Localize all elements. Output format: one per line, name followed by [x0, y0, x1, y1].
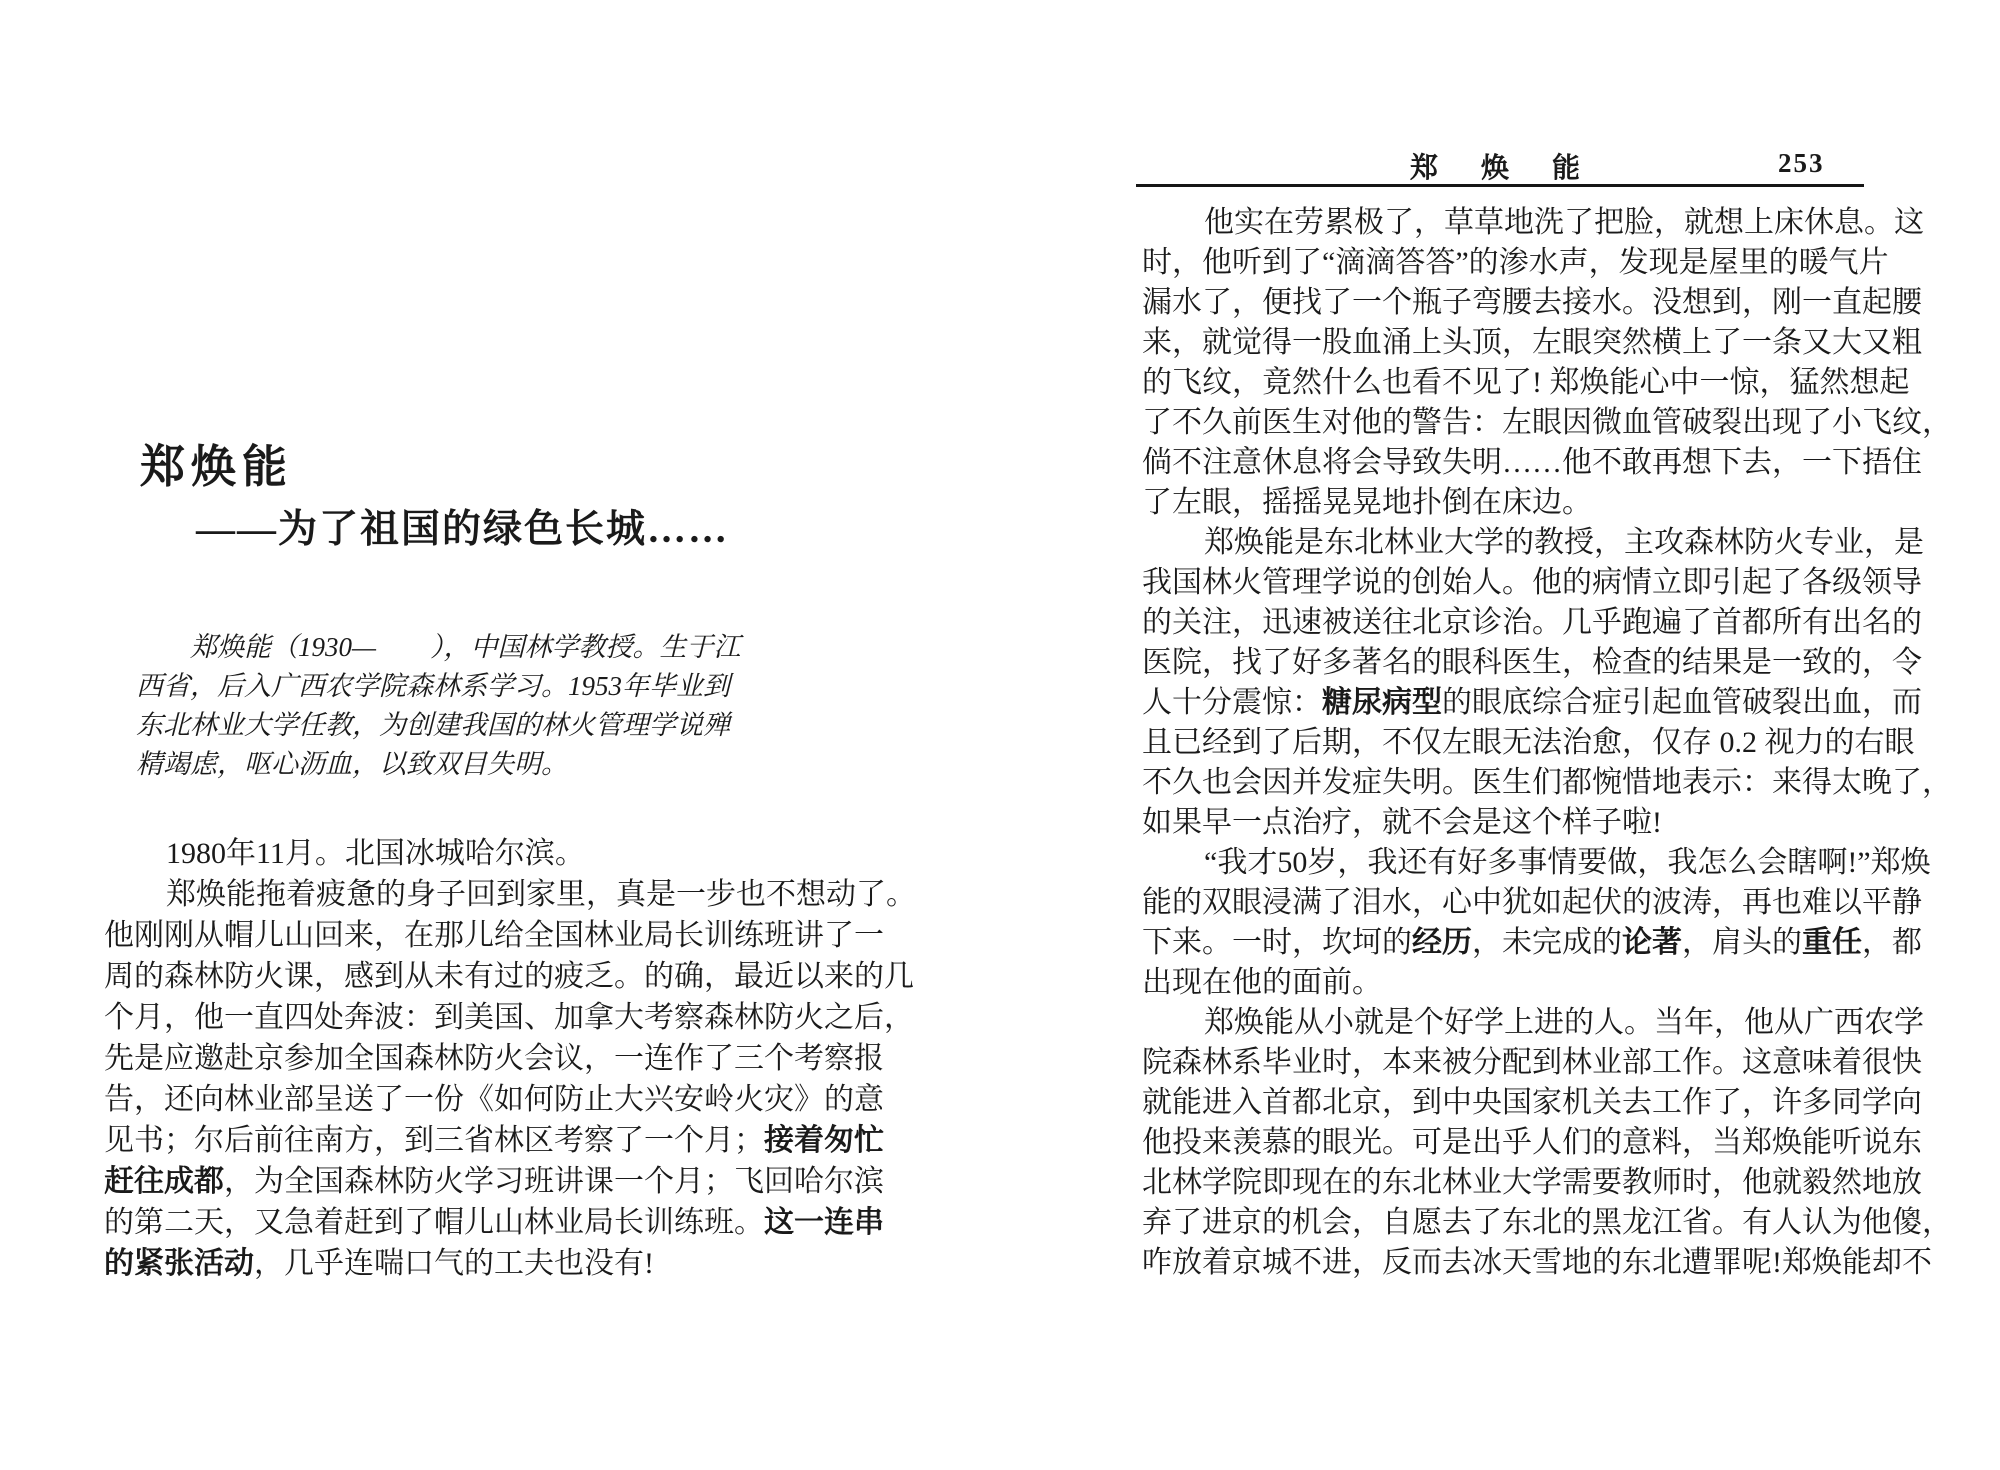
text-line: 了不久前医生对他的警告：左眼因微血管破裂出现了小飞纹，: [1142, 403, 1866, 443]
text-line: 东北林业大学任教，为创建我国的林火管理学说殚: [136, 706, 716, 745]
text-line: 时，他听到了“滴滴答答”的渗水声，发现是屋里的暖气片: [1142, 243, 1866, 283]
text-segment: 的飞纹，竟然什么也看不见了! 郑焕能心中一惊，猛然想起: [1142, 366, 1910, 399]
text-segment: 的眼底综合症引起血管破裂出血，而: [1442, 686, 1922, 719]
emphasized-text: 赶往成都: [104, 1165, 224, 1198]
text-line: 来，就觉得一股血涌上头顶，左眼突然横上了一条又大又粗: [1142, 323, 1866, 363]
text-segment: 漏水了，便找了一个瓶子弯腰去接水。没想到，刚一直起腰: [1142, 286, 1922, 319]
text-line: 院森林系毕业时，本来被分配到林业部工作。这意味着很快: [1142, 1043, 1866, 1083]
text-segment: 他投来羡慕的眼光。可是出乎人们的意料，当郑焕能听说东: [1142, 1126, 1922, 1159]
text-line: 的紧张活动，几乎连喘口气的工夫也没有!: [104, 1243, 819, 1284]
text-line: 弃了进京的机会，自愿去了东北的黑龙江省。有人认为他傻，: [1142, 1203, 1866, 1243]
text-segment: 且已经到了后期，不仅左眼无法治愈，仅存 0.2 视力的右眼: [1142, 726, 1915, 759]
text-segment: 东北林业大学任教，为创建我国的林火管理学说殚: [136, 710, 730, 740]
text-line: 精竭虑，呕心沥血，以致双目失明。: [136, 745, 716, 784]
biography-note: 郑焕能（1930— ），中国林学教授。生于江西省，后入广西农学院森林系学习。19…: [136, 628, 716, 784]
text-segment: 西省，后入广西农学院森林系学习。1953年毕业到: [136, 671, 730, 701]
text-segment: 他实在劳累极了，草草地洗了把脸，就想上床休息。这: [1204, 206, 1924, 239]
text-segment: 时，他听到了“滴滴答答”的渗水声，发现是屋里的暖气片: [1142, 246, 1889, 279]
text-line: 就能进入首都北京，到中央国家机关去工作了，许多同学向: [1142, 1083, 1866, 1123]
emphasized-text: 的紧张活动: [104, 1247, 254, 1280]
text-segment: 倘不注意休息将会导致失明……他不敢再想下去，一下捂住: [1142, 446, 1922, 479]
text-segment: 北林学院即现在的东北林业大学需要教师时，他就毅然地放: [1142, 1166, 1922, 1199]
text-line: 不久也会因并发症失明。医生们都惋惜地表示：来得太晚了，: [1142, 763, 1866, 803]
text-segment: ，肩头的: [1682, 926, 1802, 959]
text-line: 北林学院即现在的东北林业大学需要教师时，他就毅然地放: [1142, 1163, 1866, 1203]
text-line: 的关注，迅速被送往北京诊治。几乎跑遍了首都所有出名的: [1142, 603, 1866, 643]
text-segment: 先是应邀赴京参加全国森林防火会议，一连作了三个考察报: [104, 1042, 884, 1075]
text-segment: 的第二天，又急着赶到了帽儿山林业局长训练班。: [104, 1206, 764, 1239]
text-line: 漏水了，便找了一个瓶子弯腰去接水。没想到，刚一直起腰: [1142, 283, 1866, 323]
text-segment: 弃了进京的机会，自愿去了东北的黑龙江省。有人认为他傻，: [1142, 1206, 1952, 1239]
page-number: 253: [1778, 148, 1825, 179]
text-segment: 郑焕能从小就是个好学上进的人。当年，他从广西农学: [1204, 1006, 1924, 1039]
text-segment: 不久也会因并发症失明。医生们都惋惜地表示：来得太晚了，: [1142, 766, 1952, 799]
text-line: 见书；尔后前往南方，到三省林区考察了一个月；接着匆忙: [104, 1120, 819, 1161]
text-segment: “我才50岁，我还有好多事情要做，我怎么会瞎啊!”郑焕: [1204, 846, 1931, 879]
text-segment: 院森林系毕业时，本来被分配到林业部工作。这意味着很快: [1142, 1046, 1922, 1079]
text-line: 告，还向林业部呈送了一份《如何防止大兴安岭火灾》的意: [104, 1079, 819, 1120]
text-segment: 郑焕能是东北林业大学的教授，主攻森林防火专业，是: [1204, 526, 1924, 559]
text-line: 先是应邀赴京参加全国森林防火会议，一连作了三个考察报: [104, 1038, 819, 1079]
text-segment: ，未完成的: [1472, 926, 1622, 959]
text-segment: 如果早一点治疗，就不会是这个样子啦!: [1142, 806, 1662, 839]
text-line: 他投来羡慕的眼光。可是出乎人们的意料，当郑焕能听说东: [1142, 1123, 1866, 1163]
text-segment: 人十分震惊：: [1142, 686, 1322, 719]
emphasized-text: 经历: [1412, 926, 1472, 959]
text-segment: 他刚刚从帽儿山回来，在那儿给全国林业局长训练班讲了一: [104, 919, 884, 952]
running-header-title: 郑 焕 能: [1142, 146, 1866, 186]
text-line: 下来。一时，坎坷的经历，未完成的论著，肩头的重任，都: [1142, 923, 1866, 963]
text-line: 能的双眼浸满了泪水，心中犹如起伏的波涛，再也难以平静: [1142, 883, 1866, 923]
text-segment: 精竭虑，呕心沥血，以致双目失明。: [136, 749, 568, 779]
left-page-body-text: 1980年11月。北国冰城哈尔滨。郑焕能拖着疲惫的身子回到家里，真是一步也不想动…: [104, 833, 819, 1284]
text-line: 个月，他一直四处奔波：到美国、加拿大考察森林防火之后，: [104, 997, 819, 1038]
text-line: 郑焕能拖着疲惫的身子回到家里，真是一步也不想动了。: [104, 874, 819, 915]
text-line: 出现在他的面前。: [1142, 963, 1866, 1003]
text-segment: ，都: [1862, 926, 1922, 959]
text-line: 倘不注意休息将会导致失明……他不敢再想下去，一下捂住: [1142, 443, 1866, 483]
text-line: 郑焕能（1930— ），中国林学教授。生于江: [136, 628, 716, 667]
emphasized-text: 接着匆忙: [764, 1124, 884, 1157]
text-line: 咋放着京城不进，反而去冰天雪地的东北遭罪呢!郑焕能却不: [1142, 1243, 1866, 1283]
text-line: 人十分震惊：糖尿病型的眼底综合症引起血管破裂出血，而: [1142, 683, 1866, 723]
text-line: 的第二天，又急着赶到了帽儿山林业局长训练班。这一连串: [104, 1202, 819, 1243]
text-line: 的飞纹，竟然什么也看不见了! 郑焕能心中一惊，猛然想起: [1142, 363, 1866, 403]
text-line: 他刚刚从帽儿山回来，在那儿给全国林业局长训练班讲了一: [104, 915, 819, 956]
text-line: “我才50岁，我还有好多事情要做，我怎么会瞎啊!”郑焕: [1142, 843, 1866, 883]
text-segment: 告，还向林业部呈送了一份《如何防止大兴安岭火灾》的意: [104, 1083, 884, 1116]
text-segment: 个月，他一直四处奔波：到美国、加拿大考察森林防火之后，: [104, 1001, 914, 1034]
text-segment: 咋放着京城不进，反而去冰天雪地的东北遭罪呢!郑焕能却不: [1142, 1246, 1932, 1279]
text-segment: 医院，找了好多著名的眼科医生，检查的结果是一致的，令: [1142, 646, 1922, 679]
chapter-subtitle: ——为了祖国的绿色长城……: [196, 498, 729, 554]
text-segment: 郑焕能拖着疲惫的身子回到家里，真是一步也不想动了。: [166, 878, 916, 911]
text-segment: 我国林火管理学说的创始人。他的病情立即引起了各级领导: [1142, 566, 1922, 599]
text-segment: 了不久前医生对他的警告：左眼因微血管破裂出现了小飞纹，: [1142, 406, 1952, 439]
text-segment: 能的双眼浸满了泪水，心中犹如起伏的波涛，再也难以平静: [1142, 886, 1922, 919]
text-segment: 了左眼，摇摇晃晃地扑倒在床边。: [1142, 486, 1592, 519]
text-segment: 1980年11月。北国冰城哈尔滨。: [166, 837, 585, 870]
text-line: 郑焕能从小就是个好学上进的人。当年，他从广西农学: [1142, 1003, 1866, 1043]
text-segment: 出现在他的面前。: [1142, 966, 1382, 999]
text-line: 郑焕能是东北林业大学的教授，主攻森林防火专业，是: [1142, 523, 1866, 563]
text-line: 了左眼，摇摇晃晃地扑倒在床边。: [1142, 483, 1866, 523]
text-segment: 周的森林防火课，感到从未有过的疲乏。的确，最近以来的几: [104, 960, 914, 993]
text-segment: 就能进入首都北京，到中央国家机关去工作了，许多同学向: [1142, 1086, 1922, 1119]
text-line: 赶往成都，为全国森林防火学习班讲课一个月；飞回哈尔滨: [104, 1161, 819, 1202]
text-line: 且已经到了后期，不仅左眼无法治愈，仅存 0.2 视力的右眼: [1142, 723, 1866, 763]
text-segment: 郑焕能（1930— ），中国林学教授。生于江: [190, 632, 741, 662]
emphasized-text: 糖尿病型: [1322, 686, 1442, 719]
right-page-body-text: 他实在劳累极了，草草地洗了把脸，就想上床休息。这时，他听到了“滴滴答答”的渗水声…: [1142, 203, 1866, 1283]
emphasized-text: 论著: [1622, 926, 1682, 959]
text-line: 医院，找了好多著名的眼科医生，检查的结果是一致的，令: [1142, 643, 1866, 683]
text-segment: 来，就觉得一股血涌上头顶，左眼突然横上了一条又大又粗: [1142, 326, 1922, 359]
text-line: 1980年11月。北国冰城哈尔滨。: [104, 833, 819, 874]
text-segment: ，为全国森林防火学习班讲课一个月；飞回哈尔滨: [224, 1165, 884, 1198]
emphasized-text: 这一连串: [764, 1206, 884, 1239]
header-rule-divider: [1136, 184, 1864, 187]
text-line: 他实在劳累极了，草草地洗了把脸，就想上床休息。这: [1142, 203, 1866, 243]
text-line: 我国林火管理学说的创始人。他的病情立即引起了各级领导: [1142, 563, 1866, 603]
text-segment: ，几乎连喘口气的工夫也没有!: [254, 1247, 654, 1280]
emphasized-text: 重任: [1802, 926, 1862, 959]
chapter-title: 郑焕能: [140, 430, 293, 495]
text-segment: 见书；尔后前往南方，到三省林区考察了一个月；: [104, 1124, 764, 1157]
book-spread: 郑焕能 ——为了祖国的绿色长城…… 郑焕能（1930— ），中国林学教授。生于江…: [0, 0, 2000, 1470]
text-segment: 下来。一时，坎坷的: [1142, 926, 1412, 959]
text-line: 西省，后入广西农学院森林系学习。1953年毕业到: [136, 667, 716, 706]
text-segment: 的关注，迅速被送往北京诊治。几乎跑遍了首都所有出名的: [1142, 606, 1922, 639]
text-line: 如果早一点治疗，就不会是这个样子啦!: [1142, 803, 1866, 843]
text-line: 周的森林防火课，感到从未有过的疲乏。的确，最近以来的几: [104, 956, 819, 997]
